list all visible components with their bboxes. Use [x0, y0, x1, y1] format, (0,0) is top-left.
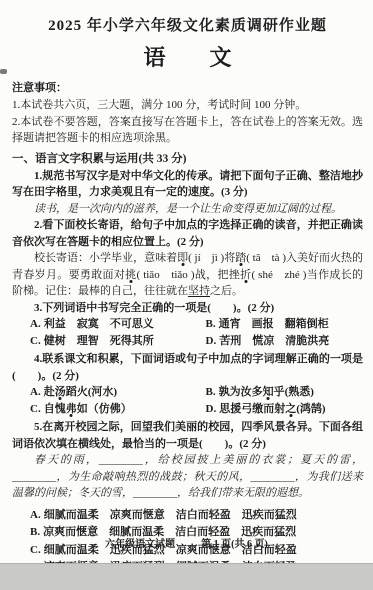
q3-option-a-text: 利益 寂寞 不可思义	[44, 316, 154, 333]
q4-option-b-label: B.	[206, 384, 216, 401]
q1-prompt: 1.规范书写汉字是对中华文化的传承。请把下面句子正确、整洁地抄写在田字格里，力求…	[12, 168, 363, 201]
q3-option-a: A. 利益 寂寞 不可思义	[12, 316, 188, 333]
scan-edge-band	[0, 563, 373, 590]
q1-copy-sentence: 读书，是一次向内的滋养，是一个让生命变得更加辽阔的过程。	[12, 201, 363, 218]
q4-option-d-text: 思援弓缴而射之(鸿鹄)	[219, 401, 325, 418]
q2-prompt: 2.看下面校长寄语，给句子中加点的字选择正确的读音，并把正确读音依次写在答题卡的…	[12, 217, 363, 250]
q2-principal-message: 校长寄语：小学毕业，意味着即( jí jì )将踏( tā tà )入美好而火热…	[12, 250, 363, 300]
exam-paper-page: 2025 年小学六年级文化素质调研作业题 语 文 注意事项： 1.本试卷共六页，…	[0, 0, 373, 590]
q4-option-d-label: D.	[206, 401, 217, 418]
notice-heading: 注意事项：	[12, 80, 363, 97]
q4-option-a-text: 赴汤蹈火(河水)	[44, 384, 117, 401]
q3-option-b-text: 通宵 画报 翻箱倒柜	[219, 316, 329, 333]
q4-options-row-2: C. 自愧弗如（仿佛） D. 思援弓缴而射之(鸿鹄)	[12, 401, 363, 418]
q4-option-b: B. 孰为汝多知乎(熟悉)	[188, 384, 364, 401]
q3-prompt: 3.下列词语中书写完全正确的一项是( )。(2 分)	[12, 300, 363, 317]
q3-option-b-label: B.	[206, 316, 216, 333]
section-1-heading: 一、语言文字积累与运用(共 33 分)	[12, 150, 363, 168]
q4-option-b-text: 孰为汝多知乎(熟悉)	[219, 384, 314, 401]
subject-title: 语 文	[12, 41, 363, 72]
q3-option-c: C. 健树 理智 死得其所	[12, 333, 188, 350]
q3-option-d: D. 苦刑 慌凉 清脆洪亮	[188, 333, 364, 350]
q5-option-a: A. 细腻而温柔 凉爽而惬意 洁白而轻盈 迅疾而猛烈	[12, 507, 363, 525]
q4-option-d: D. 思援弓缴而射之(鸿鹄)	[188, 401, 364, 418]
q5-passage: 春天的雨，________，给校园披上美丽的衣裳；夏天的雷，________，为…	[12, 452, 363, 502]
q3-options-row-1: A. 利益 寂寞 不可思义 B. 通宵 画报 翻箱倒柜	[12, 316, 363, 333]
q3-option-c-label: C.	[30, 333, 41, 350]
footer-paper-name: 六年级语文试题	[105, 539, 175, 550]
page-footer: 六年级语文试题第 1 页(共 6 页)	[0, 535, 373, 550]
q4-option-c-label: C.	[30, 401, 41, 418]
notice-item-2: 2.本试卷不要答题，答案直接写在答题卡上，答在试卷上的答案无效。选择题请把答题卡…	[12, 114, 363, 147]
q3-option-b: B. 通宵 画报 翻箱倒柜	[188, 316, 364, 333]
q3-options-row-2: C. 健树 理智 死得其所 D. 苦刑 慌凉 清脆洪亮	[12, 333, 363, 350]
scan-artifact	[0, 69, 7, 74]
footer-page-number: 第 1 页(共 6 页)	[201, 539, 268, 550]
q4-option-c: C. 自愧弗如（仿佛）	[12, 401, 188, 418]
q4-prompt: 4.联系课文和积累，下面词语或句子中加点的字词理解正确的一项是( )。(2 分)	[12, 351, 363, 384]
paper-title: 2025 年小学六年级文化素质调研作业题	[12, 14, 363, 35]
q4-option-a-label: A.	[30, 384, 41, 401]
q3-option-a-label: A.	[30, 316, 41, 333]
q5-option-a-text: 细腻而温柔 凉爽而惬意 洁白而轻盈 迅疾而猛烈	[44, 507, 297, 525]
q3-option-d-text: 苦刑 慌凉 清脆洪亮	[219, 333, 329, 350]
notice-item-1: 1.本试卷共六页，三大题，满分 100 分，考试时间 100 分钟。	[12, 97, 363, 114]
q4-option-a: A. 赴汤蹈火(河水)	[12, 384, 188, 401]
q4-option-c-text: 自愧弗如（仿佛）	[44, 401, 132, 418]
q5-prompt: 5.在离开校园之际，回望我们美丽的校园，四季风景各异。下面各组词语依次填在横线处…	[12, 419, 363, 452]
q5-option-a-label: A.	[30, 507, 41, 525]
q3-option-d-label: D.	[206, 333, 217, 350]
q3-option-c-text: 健树 理智 死得其所	[44, 333, 154, 350]
q4-options-row-1: A. 赴汤蹈火(河水) B. 孰为汝多知乎(熟悉)	[12, 384, 363, 401]
